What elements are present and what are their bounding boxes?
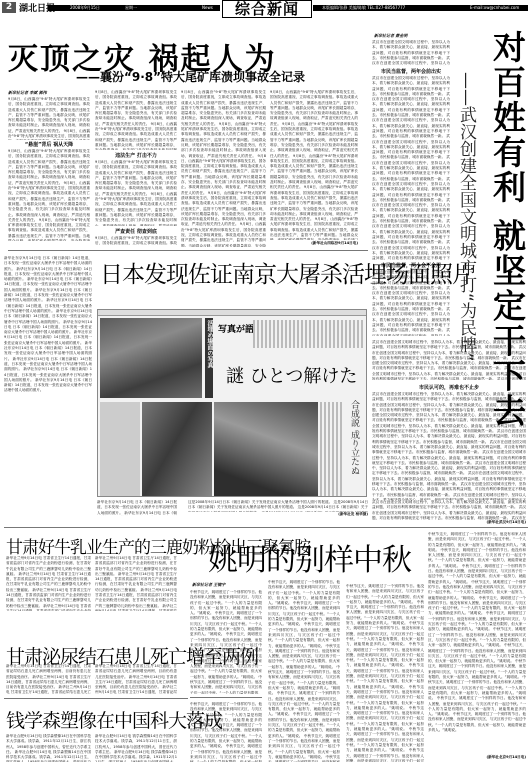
clipping-vertical-title: 活埋め場面の写真 (205, 318, 214, 368)
right-text-e: 武汉市在创建全国文明城市过程中，坚持以人为本，着力解决群众最关心、最直接、最现实… (372, 392, 526, 500)
lead-subsection-3: 严查责任 彻查到底 (95, 228, 177, 235)
yao-text-col1a: 中秋节这天，姚明度过了一个别样的节日。他没有和家人团聚，而是来到四川灾区，与灾区… (190, 590, 262, 694)
gansu-stone-text-col2: 新华社兰州9月14日电 甘肃省卫生厅14日通报，甘肃省泌尿结石患儿死亡病例增至两… (95, 664, 177, 694)
right-text-a: 武汉市在创建全国文明城市过程中，坚持以人为本，着力解决群众最关心、最直接、最现实… (372, 40, 450, 66)
lead-text-col3: 9月8日，山西襄汾“9·8”特大尾矿库溃坝事故发生后，国务院高度重视，立即成立事… (181, 90, 266, 247)
japan-credit: (新华社发 杨华摄) (188, 512, 368, 517)
clipping-map-panel (100, 402, 140, 496)
yao-byline: 新华社记者 王镜宇 (192, 582, 225, 588)
divider (190, 697, 262, 698)
lead-text-col1a: 9月8日，山西襄汾“9·8”特大尾矿库溃坝事故发生后，国务院高度重视，立即成立事… (8, 97, 90, 140)
lead-credit: (新华社山西临汾9月14日电) (270, 241, 358, 246)
yao-text-col3: 中秋节这天，姚明度过了一个别样的节日。他没有和家人团聚，而是来到四川灾区，与灾区… (346, 584, 424, 762)
right-text-f: 武汉市在创建全国文明城市过程中，坚持以人为本，着力解决群众最关心、最直接、最现实… (372, 500, 526, 520)
lead-text-col2c: 9月8日，山西襄汾“9·8”特大尾矿库溃坝事故发生后，国务院高度重视，立即成立事… (95, 236, 177, 246)
photo-burial-2 (214, 402, 318, 496)
qian-text-col2: 新华社合肥9月14日电 钱学森塑像14日在中国科学技术大学落成。钱学森，1911… (95, 734, 177, 762)
lead-subsection-2: 违法生产 打击不力 (95, 152, 177, 159)
lead-subhead: ——襄汾“9·8”特大尾矿库溃坝事故全记录 (76, 68, 305, 85)
photo-burial-1 (142, 402, 212, 496)
page-number: 2 (2, 2, 16, 13)
photo-soldiers (100, 318, 202, 398)
lead-subsection-1: “悬崖”背后 祸从天降 (8, 141, 90, 148)
right-byline: 新华社记者 蔡金明 (374, 33, 407, 39)
clipping-header-strip (98, 310, 367, 316)
divider (4, 527, 528, 528)
contact-email: E-mail:xw@cnhubei.com (470, 4, 519, 11)
gansu-stone-text-col1: 新华社兰州9月14日电 甘肃省卫生厅14日通报，甘肃省泌尿结石患儿死亡病例增至两… (6, 664, 91, 694)
lead-text-col4: 9月8日，山西襄汾“9·8”特大尾矿库溃坝事故发生后，国务院高度重视，立即成立事… (270, 90, 358, 240)
news-label: News (202, 4, 213, 11)
gansu-milk-text-col2: 新华社兰州9月14日电 甘肃省卫生厅14日通报，甘肃省质监部门对省内生产企业奶粉… (95, 556, 177, 611)
issue-date: 2008年9月15日 (70, 4, 100, 11)
clipping-headline: 謎 ひとつ解けた (226, 362, 357, 388)
clipping-column-text (320, 402, 344, 496)
gansu-milk-text-col1: 新华社兰州9月14日电 甘肃省卫生厅14日通报，甘肃省质监部门对省内生产企业奶粉… (6, 556, 91, 611)
yao-credit: (新华社北京9月14日电) (428, 755, 526, 760)
yao-text-col4: 中秋节这天，姚明度过了一个别样的节日。他没有和家人团聚，而是来到四川灾区，与灾区… (428, 532, 526, 754)
lead-byline: 新华社记者 李斌 郭伟 (8, 90, 47, 96)
clipping-vertical-band: 活埋め場面の写真 (205, 318, 213, 398)
issue-weekday: 星期一 (125, 4, 137, 11)
right-text-d: 武汉市在创建全国文明城市过程中，坚持以人为本，着力解决群众最关心、最直接、最现实… (372, 340, 526, 380)
japan-caption-left: 新华社东京9月14日电 日本《朝日新闻》14日报道，日本发现一张佐证南京大屠杀中… (97, 500, 177, 516)
newspaper-clipping-image: 活埋め場面の写真 写真が語る戦争 謎 ひとつ解けた 合成説 成り立たぬ (97, 309, 367, 497)
right-subsection-1: 市民当监督，两年会前出实 (372, 68, 450, 75)
divider (8, 250, 368, 251)
yao-text-col1b: 中秋节这天，姚明度过了一个别样的节日。他没有和家人团聚，而是来到四川灾区，与灾区… (190, 702, 262, 762)
right-subhead: ——武汉创建全国文明城市打“为民牌” (456, 72, 476, 362)
clipping-text-block (253, 320, 365, 348)
lead-text-col2a: 9月8日，山西襄汾“9·8”特大尾矿库溃坝事故发生后，国务院高度重视，立即成立事… (95, 90, 177, 150)
lead-text-col2b: 9月8日，山西襄汾“9·8”特大尾矿库溃坝事故发生后，国务院高度重视，立即成立事… (95, 160, 177, 226)
qian-text-col1: 新华社合肥9月14日电 钱学森塑像14日在中国科学技术大学落成。钱学森，1911… (6, 734, 91, 762)
clipping-side-headline-wrap: 合成説 成り立たぬ (348, 400, 361, 475)
yao-headline: 姚明的别样中秋 (208, 535, 411, 579)
right-text-b: 武汉市在创建全国文明城市过程中，坚持以人为本，着力解决群众最关心、最直接、最现实… (372, 76, 450, 260)
right-subsection-2: 市民当监督，两小会不会用 (372, 262, 450, 269)
lead-text-col1b: 9月8日，山西襄汾“9·8”特大尾矿库溃坝事故发生后，国务院高度重视，立即成立事… (8, 149, 90, 241)
right-credit: (新华社武汉9月14日电) (372, 520, 526, 525)
editor-line: 本版编辑/张静 美编/陈敏 TEL:027-88567777 (322, 4, 405, 11)
japan-text-leftcol: 新华社东京9月14日电 日本《朝日新闻》14日报道，日本发现一张佐证南京大屠杀中… (4, 256, 92, 516)
section-title: 综合新闻 (222, 0, 312, 18)
yao-text-col2: 中秋节这天，姚明度过了一个别样的节日。他没有和家人团聚，而是来到四川灾区，与灾区… (268, 580, 340, 762)
right-text-c: 武汉市在创建全国文明城市过程中，坚持以人为本，着力解决群众最关心、最直接、最现实… (372, 270, 450, 336)
divider (4, 698, 188, 699)
right-subsection-3: 市民认可的，再难也不止步 (372, 384, 526, 391)
japan-caption: 这是2008年9月14日日本《朝日新闻》关于发现佐证南京大屠杀活埋中国人照片的报… (188, 500, 368, 512)
right-subhead-wrap: ——武汉创建全国文明城市打“为民牌” (456, 72, 476, 362)
clipping-side-headline: 合成説 成り立たぬ (348, 400, 361, 475)
